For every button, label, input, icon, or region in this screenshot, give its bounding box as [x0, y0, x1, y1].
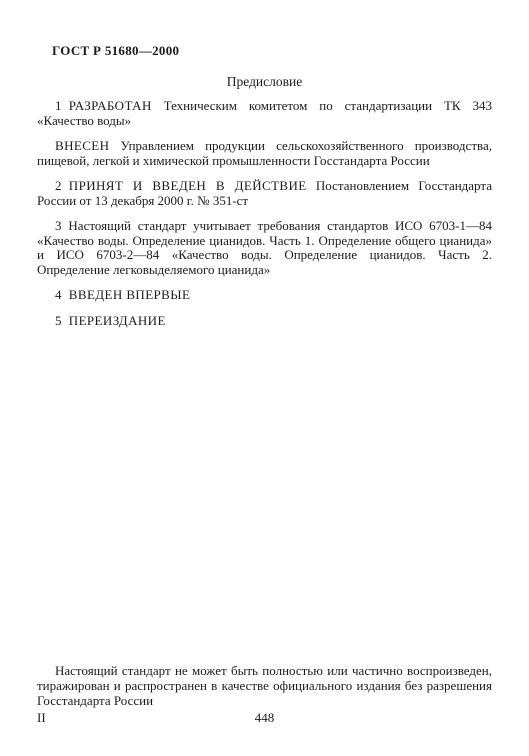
paragraph-lead: 2 ПРИНЯТ И ВВЕДЕН В ДЕЙСТВИЕ [55, 178, 307, 193]
paragraph-lead: 4 ВВЕДЕН ВПЕРВЫЕ [55, 287, 190, 302]
page-footer: II 448 [37, 710, 492, 725]
foreword-paragraph-6: 5 ПЕРЕИЗДАНИЕ [37, 314, 492, 329]
foreword-paragraph-2: ВНЕСЕН Управлением продукции сельскохозя… [37, 139, 492, 168]
document-code: ГОСТ Р 51680—2000 [52, 43, 179, 59]
page-number-roman: II [37, 710, 46, 725]
paragraph-lead: 1 РАЗРАБОТАН [55, 98, 152, 113]
section-title: Предисловие [0, 74, 529, 90]
foreword-paragraph-1: 1 РАЗРАБОТАН Техническим комитетом по ст… [37, 99, 492, 128]
paragraph-lead: 3 [55, 218, 62, 233]
foreword-content: 1 РАЗРАБОТАН Техническим комитетом по ст… [37, 99, 492, 339]
paragraph-lead: ВНЕСЕН [55, 138, 109, 153]
document-page: ГОСТ Р 51680—2000 Предисловие 1 РАЗРАБОТ… [0, 0, 529, 756]
foreword-paragraph-3: 2 ПРИНЯТ И ВВЕДЕН В ДЕЙСТВИЕ Постановлен… [37, 179, 492, 208]
foreword-paragraph-5: 4 ВВЕДЕН ВПЕРВЫЕ [37, 288, 492, 303]
paragraph-text: Настоящий стандарт учитывает требования … [37, 218, 492, 277]
foreword-paragraph-4: 3 Настоящий стандарт учитывает требовани… [37, 219, 492, 277]
paragraph-lead: 5 ПЕРЕИЗДАНИЕ [55, 313, 166, 328]
page-number: 448 [37, 710, 492, 725]
copyright-notice: Настоящий стандарт не может быть полност… [37, 664, 492, 708]
